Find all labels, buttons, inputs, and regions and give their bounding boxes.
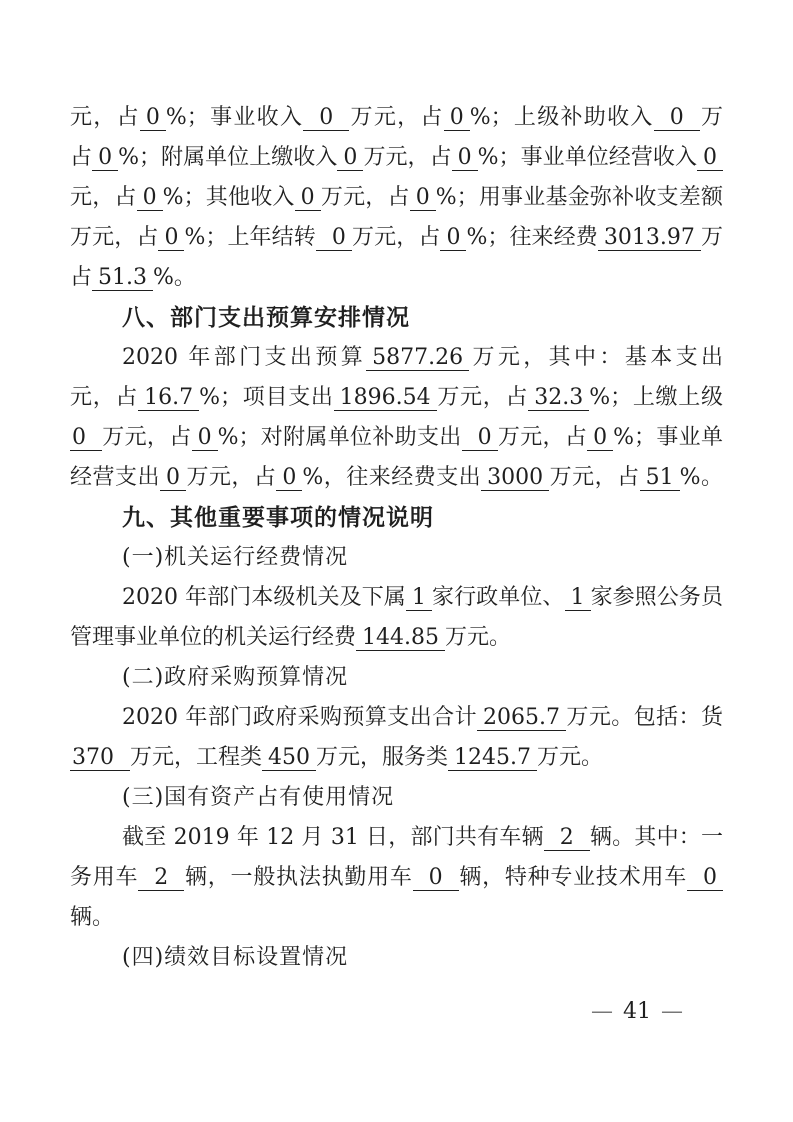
text-run: %；项目支出 [199, 385, 334, 410]
text-run: %；事业收入 [166, 105, 303, 130]
text-run: 万元，占 [102, 425, 192, 450]
underlined-value: 51.3 [92, 265, 153, 291]
text-line: 2020 年部门政府采购预算支出合计2065.7万元。包括：货物类 [70, 698, 723, 738]
text-run: 八、部门支出预算安排情况 [122, 305, 410, 331]
underlined-value: 0 [697, 145, 723, 171]
text-run: 万元，占 [363, 145, 451, 170]
text-run: 万元，占 [498, 425, 588, 450]
text-run: 万元，占 [321, 185, 410, 210]
text-line: 占51.3%。 [70, 258, 723, 298]
text-run: %；上级补助收入 [470, 105, 654, 130]
underlined-value: 2 [544, 825, 590, 851]
subsection-heading: (四)绩效目标设置情况 [70, 938, 723, 978]
underlined-value: 0 [462, 425, 498, 451]
text-line: 万元，占0%；上年结转0万元，占0%；往来经费3013.97万元， [70, 218, 723, 258]
text-run: 2020 年部门本级机关及下属 [122, 585, 406, 610]
subsection-heading: (二)政府采购预算情况 [70, 658, 723, 698]
text-run: 辆，一般执法执勤用车 [184, 865, 412, 890]
text-run: %；上年结转 [184, 225, 315, 250]
underlined-value: 5877.26 [366, 345, 469, 371]
underlined-value: 0 [440, 225, 466, 251]
document-page: 元，占0%；事业收入0万元，占0%；上级补助收入0万元，占0%；附属单位上缴收入… [0, 0, 793, 1122]
underlined-value: 16.7 [138, 385, 199, 411]
text-run: 截至 2019 年 12 月 31 日，部门共有车辆 [122, 825, 544, 850]
underlined-value: 51 [640, 465, 680, 491]
text-run: %。 [680, 465, 723, 490]
text-line: 务用车2辆，一般执法执勤用车0辆，特种专业技术用车0 [70, 858, 723, 898]
underlined-value: 2 [138, 865, 184, 891]
text-run: 务用车 [70, 865, 138, 890]
text-run: %；事业单位经营收入 [478, 145, 697, 170]
text-line: 2020 年部门支出预算5877.26万元，其中：基本支出980.72万 [70, 338, 723, 378]
underlined-value: 1245.7 [448, 745, 537, 771]
underlined-value: 1 [406, 585, 432, 611]
text-run: 万元，占 [437, 385, 529, 410]
text-run: 万元。 [445, 625, 511, 650]
text-run: 元，占 [70, 105, 140, 130]
underlined-value: 1896.54 [334, 385, 437, 411]
text-line: 元，占0%；事业收入0万元，占0%；上级补助收入0万元， [70, 98, 723, 138]
underlined-value: 0 [444, 105, 470, 131]
text-run: (二)政府采购预算情况 [122, 665, 348, 690]
text-run: %；用事业基金弥补收支差额 [436, 185, 723, 210]
underlined-value: 0 [140, 105, 166, 131]
underlined-value: 0 [295, 185, 321, 211]
text-run: 家行政单位、 [432, 585, 565, 610]
underlined-value: 0 [158, 225, 184, 251]
underlined-value: 450 [262, 745, 316, 771]
text-line: 元，占0%；其他收入0万元，占0%；用事业基金弥补收支差额0 [70, 178, 723, 218]
underlined-value: 0 [192, 425, 218, 451]
footer-dash-left: — [591, 999, 613, 1024]
subsection-heading: (一)机关运行经费情况 [70, 538, 723, 578]
subsection-heading: (三)国有资产占有使用情况 [70, 778, 723, 818]
text-run: (一)机关运行经费情况 [122, 545, 348, 570]
text-run: 万元，占 [186, 465, 276, 490]
underlined-value: 0 [316, 225, 352, 251]
underlined-value: 0 [160, 465, 186, 491]
text-run: 万元，占 [70, 225, 158, 250]
text-line: 占0%；附属单位上缴收入0万元，占0%；事业单位经营收入0万 [70, 138, 723, 178]
text-line: 辆。 [70, 898, 723, 938]
text-line: 截至 2019 年 12 月 31 日，部门共有车辆2辆。其中：一般公 [70, 818, 723, 858]
underlined-value: 0 [70, 425, 102, 451]
section-heading: 八、部门支出预算安排情况 [70, 298, 723, 338]
text-run: 万元，占 [549, 465, 639, 490]
text-line: 2020 年部门本级机关及下属1家行政单位、1家参照公务员法 [70, 578, 723, 618]
underlined-value: 0 [687, 865, 723, 891]
text-run: 元，占 [70, 185, 137, 210]
text-run: %，往来经费支出 [302, 465, 481, 490]
underlined-value: 0 [654, 105, 700, 131]
underlined-value: 32.3 [528, 385, 589, 411]
text-run: 占 [70, 145, 92, 170]
text-run: %；附属单位上缴收入 [118, 145, 337, 170]
text-run: 万元，占 [349, 105, 443, 130]
text-run: 万元，占 [352, 225, 441, 250]
underlined-value: 0 [303, 105, 349, 131]
text-run: 管理事业单位的机关运行经费 [70, 625, 356, 650]
underlined-value: 0 [587, 425, 613, 451]
text-line: 370万元，工程类450万元，服务类1245.7万元。 [70, 738, 723, 778]
underlined-value: 370 [70, 745, 130, 771]
page-footer: —41— [591, 997, 683, 1027]
underlined-value: 2065.7 [477, 705, 566, 731]
text-line: 0万元，占0%；对附属单位补助支出0万元，占0%；事业单位 [70, 418, 723, 458]
underlined-value: 0 [410, 185, 436, 211]
text-run: 万元，工程类 [130, 745, 262, 770]
text-run: 辆。 [70, 905, 114, 930]
text-line: 经营支出0万元，占0%，往来经费支出3000万元，占51%。 [70, 458, 723, 498]
text-line: 管理事业单位的机关运行经费144.85万元。 [70, 618, 723, 658]
underlined-value: 3013.97 [598, 225, 701, 251]
text-run: %；其他收入 [163, 185, 295, 210]
document-body: 元，占0%；事业收入0万元，占0%；上级补助收入0万元，占0%；附属单位上缴收入… [70, 98, 723, 978]
text-run: 万元，其中：基本支出 [469, 345, 723, 370]
text-run: 万元，服务类 [316, 745, 448, 770]
underlined-value: 0 [92, 145, 118, 171]
footer-page-number: 41 [613, 999, 661, 1024]
text-run: (三)国有资产占有使用情况 [122, 785, 394, 810]
text-run: %；对附属单位补助支出 [218, 425, 462, 450]
underlined-value: 0 [276, 465, 302, 491]
footer-dash-right: — [661, 999, 683, 1024]
text-run: 2020 年部门政府采购预算支出合计 [122, 705, 477, 730]
text-run: 元，占 [70, 385, 138, 410]
text-line: 元，占16.7%；项目支出1896.54万元，占32.3%；上缴上级支出 [70, 378, 723, 418]
text-run: %。 [153, 265, 196, 290]
underlined-value: 144.85 [356, 625, 445, 651]
text-run: 辆，特种专业技术用车 [459, 865, 687, 890]
text-run: 万元。 [537, 745, 603, 770]
underlined-value: 3000 [481, 465, 549, 491]
text-run: %；往来经费 [466, 225, 597, 250]
underlined-value: 0 [337, 145, 363, 171]
text-run: (四)绩效目标设置情况 [122, 945, 348, 970]
underlined-value: 1 [565, 585, 591, 611]
underlined-value: 0 [452, 145, 478, 171]
text-run: 占 [70, 265, 92, 290]
text-run: 经营支出 [70, 465, 160, 490]
text-run: 九、其他重要事项的情况说明 [122, 505, 434, 531]
section-heading: 九、其他重要事项的情况说明 [70, 498, 723, 538]
underlined-value: 0 [137, 185, 163, 211]
text-run: 2020 年部门支出预算 [122, 345, 366, 370]
underlined-value: 0 [413, 865, 459, 891]
